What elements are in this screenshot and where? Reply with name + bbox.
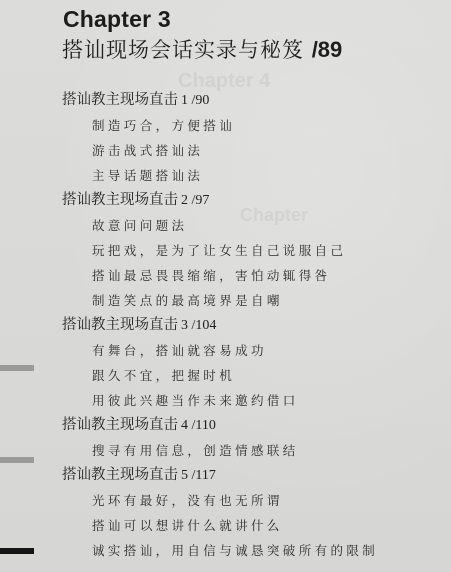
chapter-title: 搭讪现场会话实录与秘笈 /89 bbox=[62, 34, 342, 64]
section-page: 3 /104 bbox=[181, 318, 216, 333]
toc-section-3[interactable]: 搭讪教主现场直击3 /104 bbox=[62, 313, 216, 334]
toc-section-2[interactable]: 搭讪教主现场直击2 /97 bbox=[62, 188, 209, 209]
section-title: 搭讪教主现场直击 bbox=[62, 467, 178, 483]
section-page: 1 /90 bbox=[181, 93, 209, 108]
chapter-title-text: 搭讪现场会话实录与秘笈 bbox=[62, 38, 304, 62]
section-page: 2 /97 bbox=[181, 193, 209, 208]
toc-section-4[interactable]: 搭讪教主现场直击4 /110 bbox=[62, 413, 216, 434]
section-title: 搭讪教主现场直击 bbox=[62, 192, 178, 208]
bleed-through-text: Chapter bbox=[240, 205, 308, 226]
edge-index-mark bbox=[0, 457, 34, 463]
toc-item[interactable]: 跟久不宜，把握时机 bbox=[92, 366, 235, 384]
toc-item[interactable]: 光环有最好，没有也无所谓 bbox=[92, 491, 283, 509]
toc-item[interactable]: 搭讪可以想讲什么就讲什么 bbox=[92, 516, 283, 534]
toc-item[interactable]: 故意问问题法 bbox=[92, 216, 187, 234]
toc-item[interactable]: 用彼此兴趣当作未来邀约借口 bbox=[92, 391, 299, 409]
toc-item[interactable]: 游击战式搭讪法 bbox=[92, 141, 203, 159]
chapter-page-number: /89 bbox=[312, 37, 343, 62]
section-page: 5 /117 bbox=[181, 468, 216, 483]
toc-item[interactable]: 制造巧合，方便搭讪 bbox=[92, 116, 235, 134]
section-title: 搭讪教主现场直击 bbox=[62, 417, 178, 433]
section-title: 搭讪教主现场直击 bbox=[62, 317, 178, 333]
edge-index-mark-active bbox=[0, 548, 34, 554]
toc-section-1[interactable]: 搭讪教主现场直击1 /90 bbox=[62, 88, 209, 109]
toc-item[interactable]: 玩把戏，是为了让女生自己说服自己 bbox=[92, 241, 346, 259]
edge-index-mark bbox=[0, 365, 34, 371]
toc-item[interactable]: 有舞台，搭讪就容易成功 bbox=[92, 341, 267, 359]
toc-item[interactable]: 诚实搭讪，用自信与诚恳突破所有的限制 bbox=[92, 541, 378, 559]
toc-item[interactable]: 搭讪最忌畏畏缩缩，害怕动辄得咎 bbox=[92, 266, 331, 284]
toc-item[interactable]: 主导话题搭讪法 bbox=[92, 166, 203, 184]
section-title: 搭讪教主现场直击 bbox=[62, 92, 178, 108]
toc-item[interactable]: 搜寻有用信息，创造情感联结 bbox=[92, 441, 299, 459]
toc-item[interactable]: 制造笑点的最高境界是自嘲 bbox=[92, 291, 283, 309]
toc-section-5[interactable]: 搭讪教主现场直击5 /117 bbox=[62, 463, 216, 484]
section-page: 4 /110 bbox=[181, 418, 216, 433]
chapter-label: Chapter 3 bbox=[63, 6, 171, 33]
